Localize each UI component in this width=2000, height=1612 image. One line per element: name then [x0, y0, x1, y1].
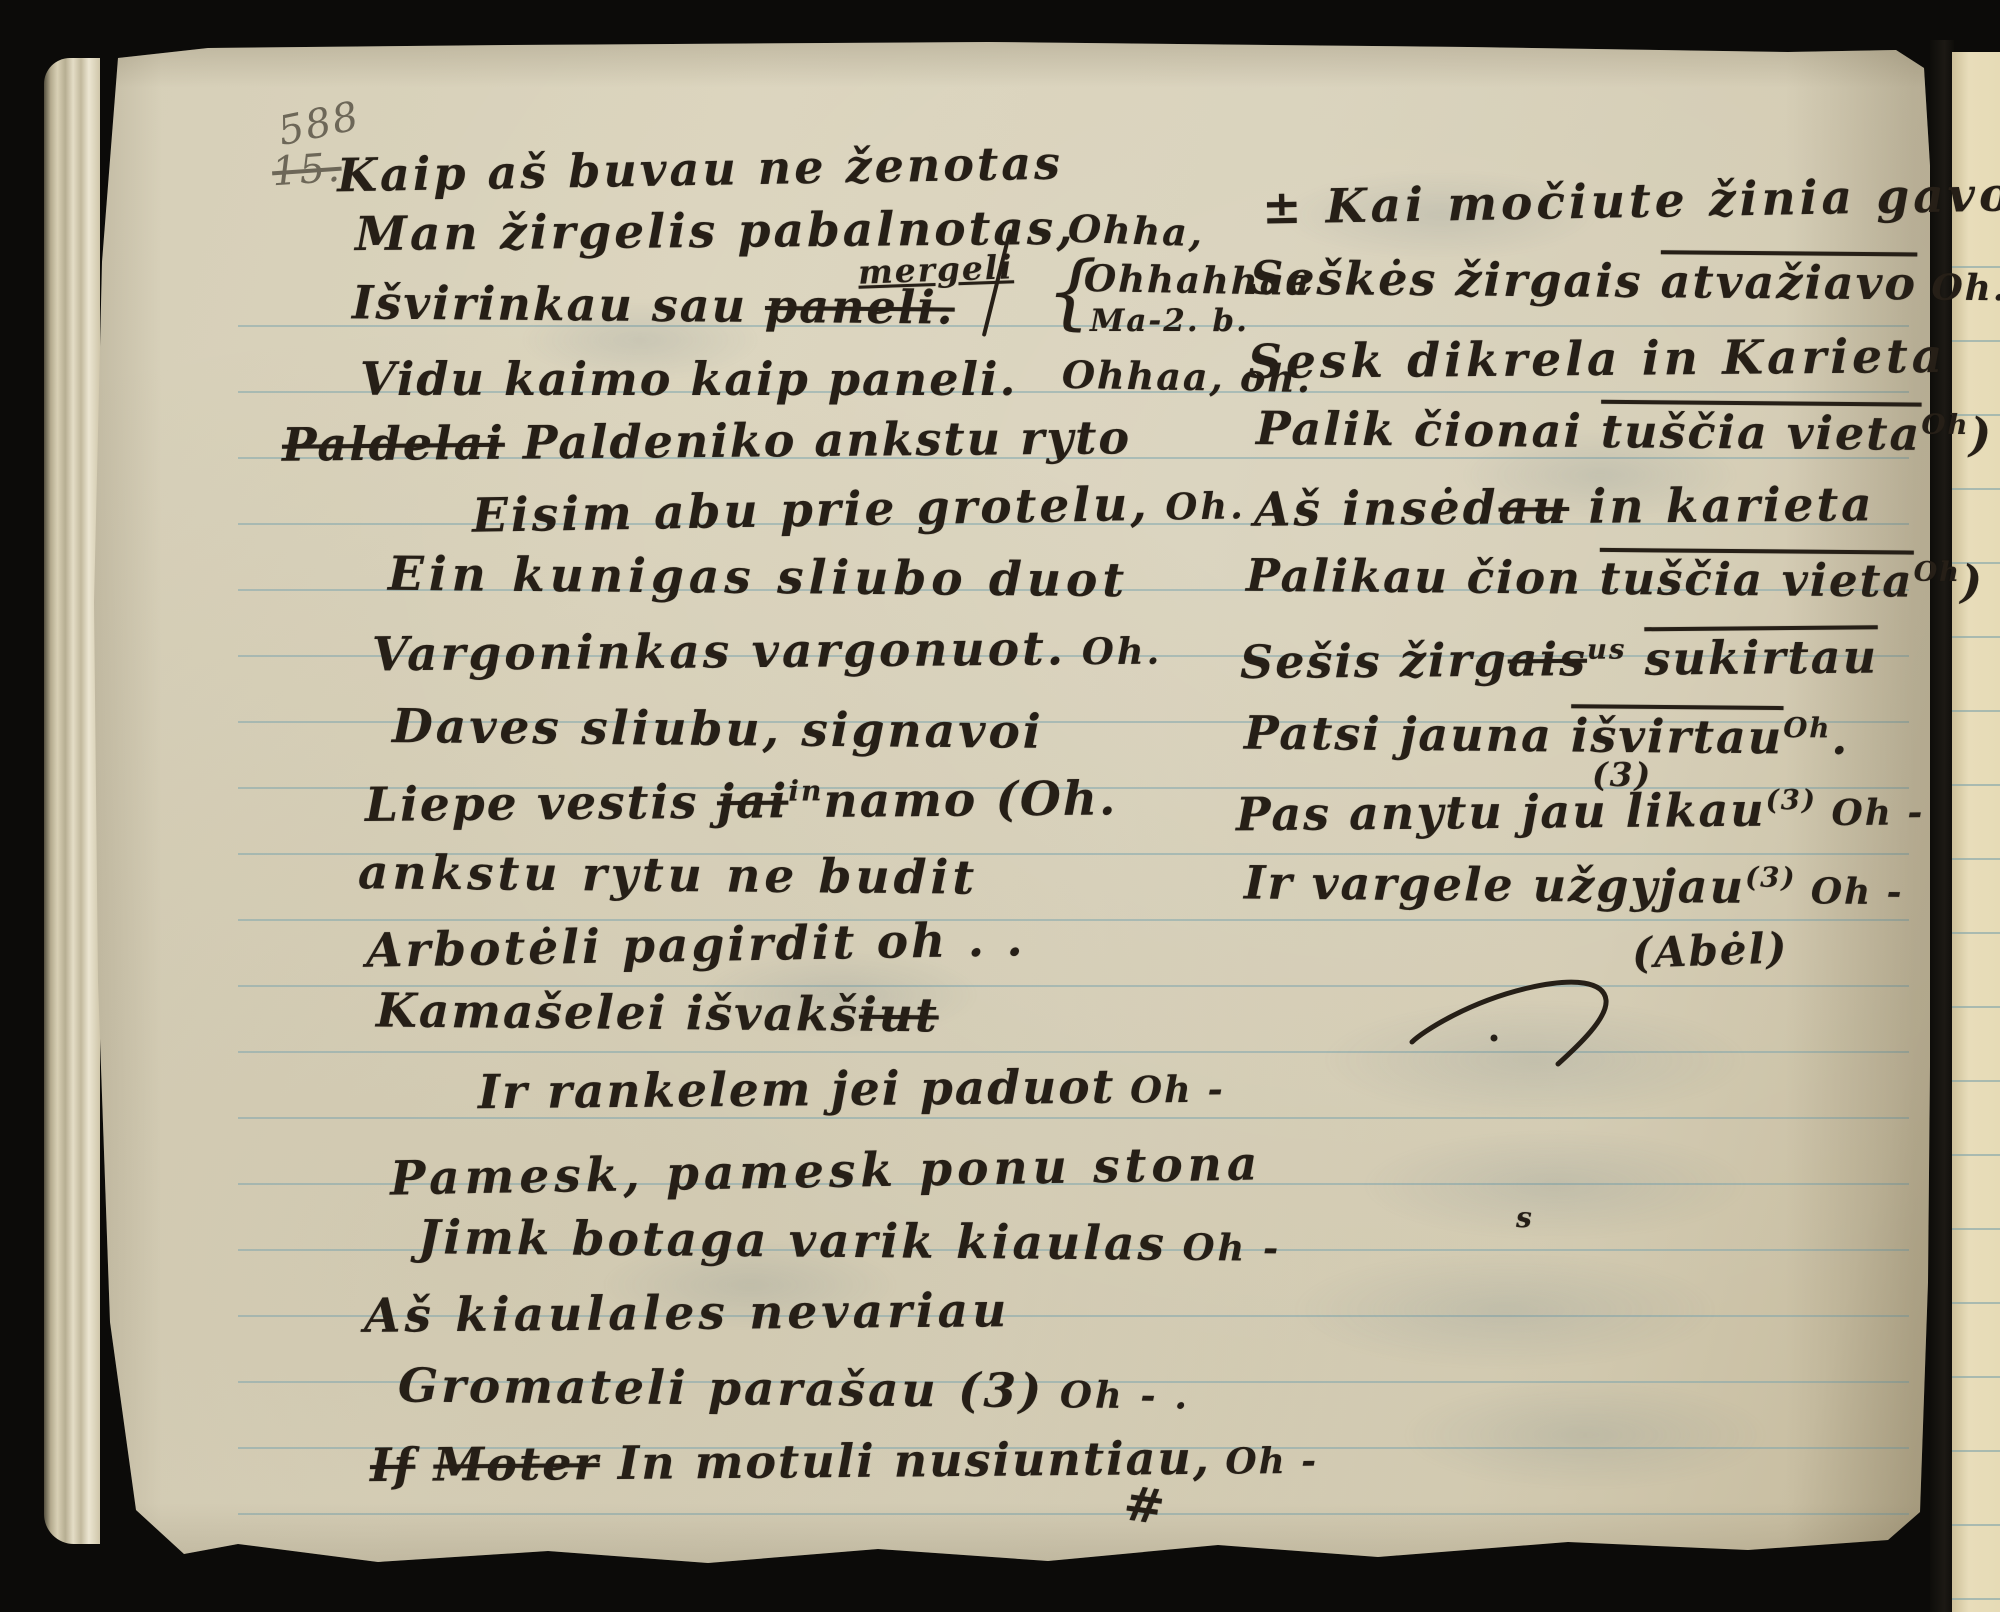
- end-hash: #: [1121, 1479, 1169, 1532]
- stray-mark: s: [1516, 1204, 1534, 1232]
- line-l19: If Moter In motuli nusiuntiau, Oh -: [370, 1434, 1318, 1488]
- line-l11: ankstu rytu ne budit: [358, 849, 979, 901]
- next-page-ruled-lines: [1952, 266, 2000, 1612]
- line-l18: Gromateli parašau (3) Oh - .: [398, 1363, 1191, 1417]
- line-l6: Eisim abu prie grotelu, Oh.: [472, 479, 1246, 539]
- line-r10: Ir vargele užgyjau(3) Oh -: [1244, 859, 1904, 911]
- line-r4: Palik čionai tuščia vietaOh): [1256, 405, 1994, 458]
- line-r6: Palikau čion tuščia vietaOh): [1246, 553, 1984, 604]
- line-l16: Jimk botaga varik kiaulas Oh -: [418, 1214, 1282, 1269]
- line-r5: Aš insėdau in karieta: [1254, 481, 1875, 533]
- line-r8: Patsi jauna išvirtauOh.: [1244, 709, 1850, 761]
- line-r1: ± Kai močiute žinia gavo: [1262, 171, 2000, 231]
- line-l13: Kamašelei išvakšiut: [376, 988, 939, 1040]
- line-l8: Vargoninkas vargonuot. Oh.: [372, 625, 1163, 679]
- line-l9: Daves sliubu, signavoi: [392, 703, 1044, 756]
- pencil-item-number: 15.: [271, 148, 343, 193]
- line-r9: Pas anytu jau likau(3) Oh -: [1236, 785, 1925, 837]
- notebook-scan: 58815.Kaip aš buvau ne ženotasMan žirgel…: [0, 0, 2000, 1612]
- line-r2: Seškės žirgais atvažiavo Oh..: [1250, 255, 2000, 308]
- line-l5: Paldelai Paldeniko ankstu ryto: [282, 414, 1131, 467]
- page-stack-edges: [44, 58, 100, 1544]
- song-title: Kaip aš buvau ne ženotas: [337, 140, 1064, 199]
- line-l4: Vidu kaimo kaip paneli.: [360, 356, 1017, 402]
- anno-ma2b: Ma-2. b.: [1090, 306, 1249, 337]
- line-l14: Ir rankelem jei paduot Oh -: [478, 1063, 1225, 1117]
- line-l10: Liepe vestis jaiinnamo (Oh.: [365, 775, 1118, 829]
- anno-abel: (Abėl): [1631, 927, 1789, 974]
- insert-mergeli: mergeli: [857, 245, 1014, 290]
- line-l15: Pamesk, pamesk ponu stona: [390, 1140, 1263, 1202]
- flourish-mark: [1408, 968, 1638, 1078]
- line-l17: Aš kiaulales nevariau: [364, 1287, 1011, 1340]
- line-r3: Sesk dikrela in Karieta: [1248, 333, 1947, 386]
- line-l7: Ein kunigas sliubo duot: [388, 551, 1130, 604]
- line-l12: Arbotėli pagirdit oh . .: [366, 916, 1026, 975]
- line-r7: Sešis žirgaisus sukirtau: [1240, 633, 1878, 685]
